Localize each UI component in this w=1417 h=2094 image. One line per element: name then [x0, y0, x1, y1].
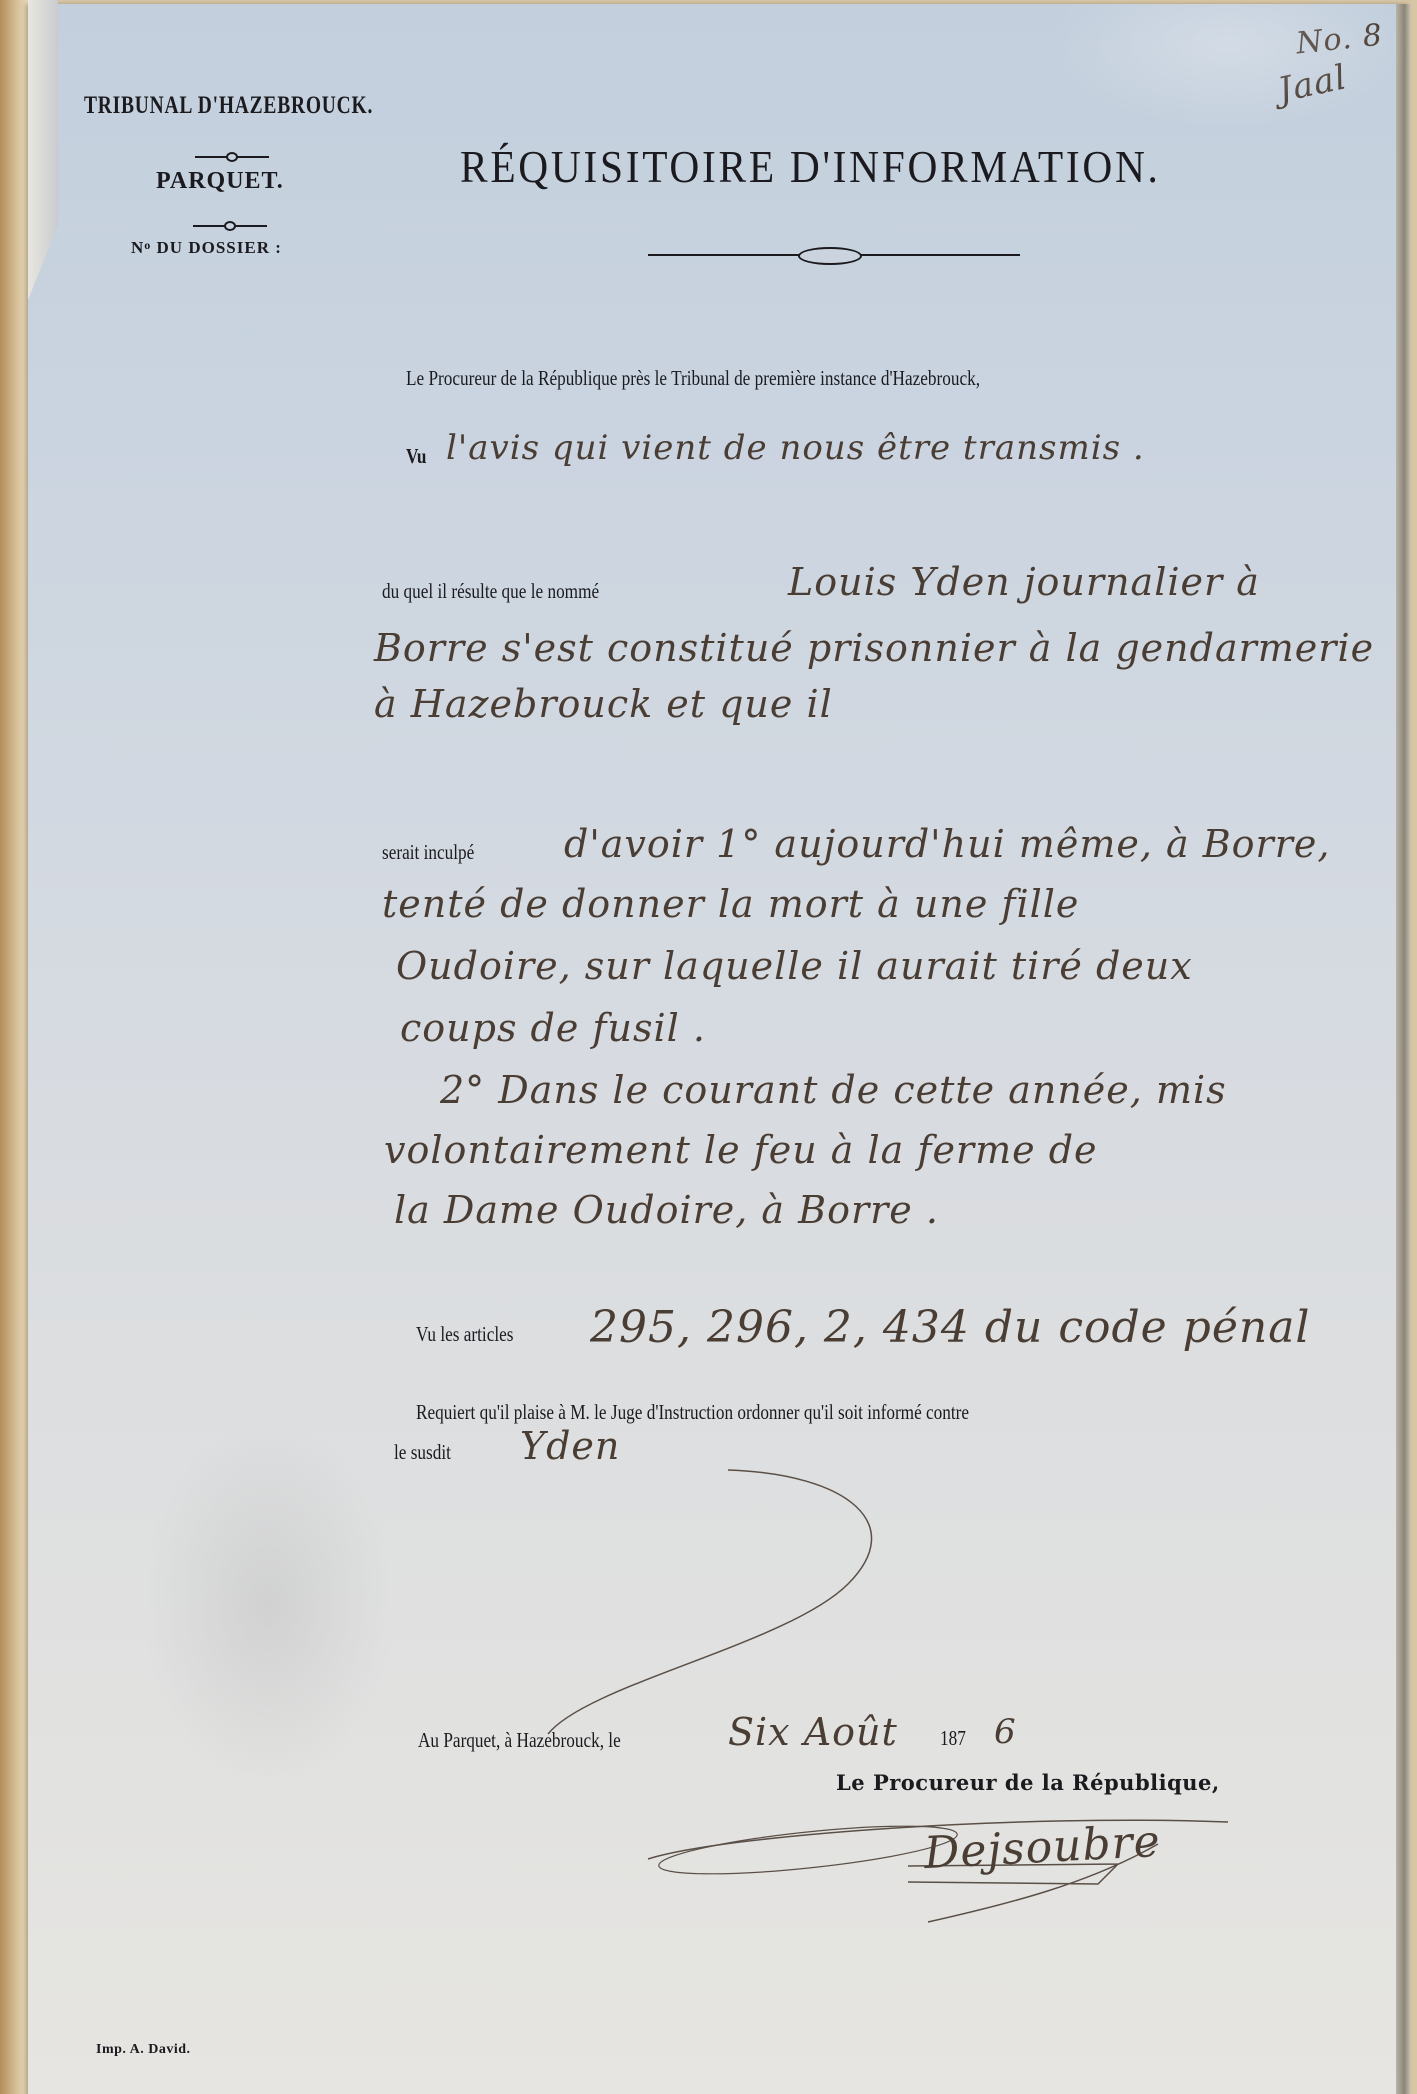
printer-imprint: Imp. A. David.	[96, 2042, 191, 2058]
signatory-title: Le Procureur de la République,	[836, 1770, 1220, 1795]
dateline-prefix: Au Parquet, à Hazebrouck, le	[418, 1728, 621, 1753]
dateline-year-printed: 187	[940, 1726, 966, 1751]
document-photo: TRIBUNAL D'HAZEBROUCK. PARQUET. No DU DO…	[0, 0, 1417, 2094]
requisitoire-page: TRIBUNAL D'HAZEBROUCK. PARQUET. No DU DO…	[28, 4, 1410, 2094]
dateline-handwritten-date: Six Août	[728, 1710, 898, 1754]
dateline-year-handwritten: 6	[994, 1712, 1017, 1752]
